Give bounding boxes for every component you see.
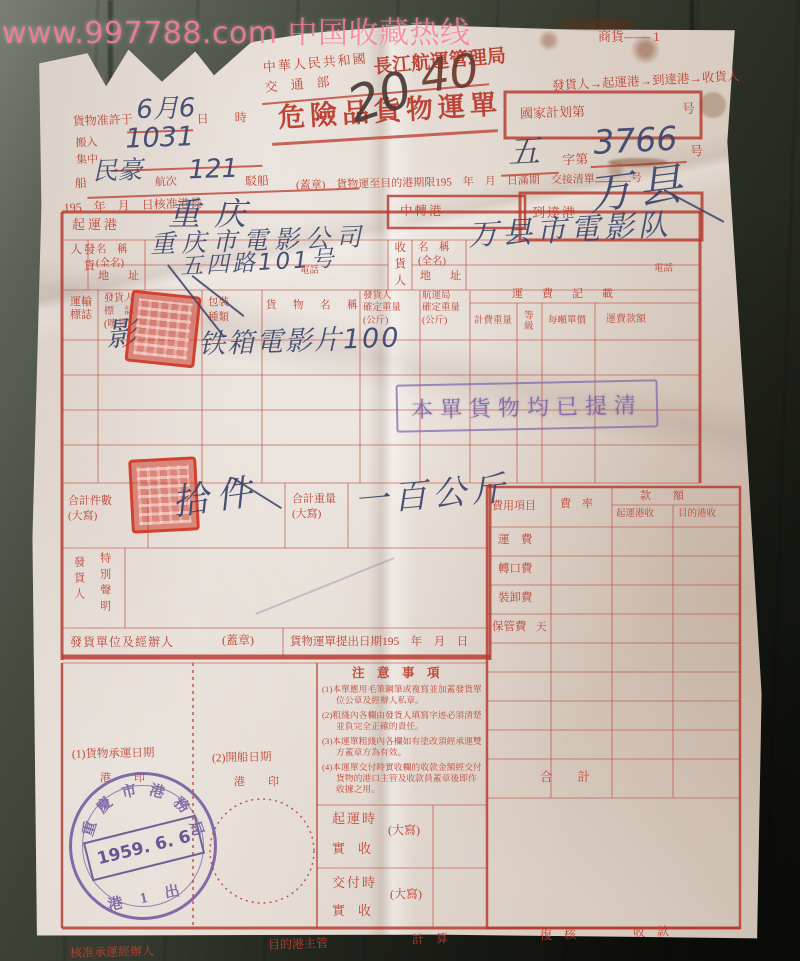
serial-hao: 号	[690, 144, 704, 160]
transfer-port-label: 中轉港	[400, 204, 444, 218]
label-ship: 船	[75, 177, 87, 191]
declaration-role: 發貨人	[72, 556, 85, 618]
fee-storage-days: 天	[536, 622, 547, 634]
fee-origin-col: 起運港收	[616, 509, 654, 520]
consignee-name-label: 名 稱 (全名)	[418, 241, 450, 269]
label-voyage: 航次	[155, 176, 177, 189]
fee-amount-header: 款 額	[640, 490, 684, 503]
port-date-round-stamp: 重慶市港務局 1959. 6. 6 港 1 出	[69, 772, 217, 920]
permit-day: 日	[197, 113, 209, 127]
depart-received-label: 實 收	[332, 842, 371, 857]
photo-of-waybill: 商貨—— 1 中華人民共和國 交 通 部 長江航運管理局 發貨人→起運港→到達港…	[0, 0, 800, 961]
serial-number: 3766	[593, 122, 679, 159]
port-seal-label-2: 港 印	[234, 776, 285, 789]
total-pieces-label: 合計件數 (大寫)	[68, 494, 112, 525]
consignee-phone-label: 電話	[654, 264, 673, 275]
origin-port-label: 起運港	[72, 218, 120, 233]
depart-time-label: 起運時	[332, 812, 377, 827]
consignee-role: 收貨人	[392, 241, 405, 291]
shipper-weight-header: 發貨人 確定重量 (公斤)	[363, 290, 401, 327]
consignee-addr-label: 地 址	[420, 270, 465, 283]
voyage-number: 121	[188, 156, 239, 184]
bureau-weight-header: 航運局 確定重量 (公斤)	[422, 290, 460, 327]
fee-row-storage: 保管費	[492, 621, 527, 634]
deliver-received-label: 實 收	[332, 904, 371, 919]
freight-record-header: 運 費 記 載	[512, 288, 617, 301]
serial-zidi: 字第	[562, 152, 589, 168]
sign-calculator: 計 算	[412, 932, 448, 947]
fee-row-freight: 運 費	[498, 534, 533, 547]
watermark-text: www.997788.com 中国收藏热线	[2, 8, 682, 52]
shipper-name-label: 名 稱 (全名)	[96, 243, 128, 271]
red-seal-stamp	[124, 290, 201, 369]
label-barge: 駁船	[245, 175, 269, 190]
fee-row-transfer: 轉口費	[498, 563, 533, 576]
plan-box-no: 号	[682, 102, 696, 117]
sign-dest-port-chief: 目的港主管	[268, 937, 328, 953]
depart-caps-label: (大寫)	[388, 824, 420, 838]
sailing-date-label: (2)開船日期	[212, 751, 272, 765]
clearance-stamp: 本單貨物均已提清	[396, 379, 659, 432]
sign-cashier: 收 款	[633, 925, 669, 940]
note-item: (1)本單應用毛筆鋼筆或複寫並加蓋發貨單位公章及經辦人私章。	[322, 684, 484, 707]
fee-row-loading: 裝卸費	[498, 592, 533, 605]
permit-prefix: 貨物准許于	[73, 113, 133, 129]
goods-name-header: 貨 物 名 稱	[266, 300, 361, 312]
shipper-addr-label: 地 址	[98, 270, 143, 283]
issue-seal-label: (蓋章)	[222, 634, 254, 648]
transport-mark-header: 運輸 標誌	[66, 296, 96, 321]
label-banru: 搬入	[75, 137, 97, 150]
plan-box-label: 國家計划第	[520, 105, 585, 122]
total-weight-label: 合計重量 (大寫)	[292, 492, 336, 523]
freight-amount-header: 運費款額	[606, 314, 646, 326]
paper-stain	[700, 92, 726, 118]
note-item: (3)本運單粗綫內各欄如有塗改須經承運雙方蓋章方為有效。	[322, 736, 484, 759]
sign-reviewer: 復 核	[540, 928, 576, 943]
issue-date-label: 貨物運單提出日期195 年 月 日	[290, 636, 468, 649]
notes-list: (1)本單應用毛筆鋼筆或複寫並加蓋發貨單位公章及經辦人私章。 (2)粗綫內各欄由…	[322, 684, 484, 796]
origin-port-value: 重庆	[168, 198, 260, 230]
notes-title: 注 意 事 項	[352, 666, 440, 680]
declaration-label: 特別聲明	[98, 552, 111, 626]
shipper-role: 發貨人	[68, 243, 94, 289]
fee-total-label: 合 計	[540, 770, 590, 784]
sign-approver: 核准承運經辦人	[70, 945, 154, 961]
unit-price-header: 每噸單價	[548, 316, 586, 327]
fee-rate-header: 費 率	[560, 498, 593, 511]
issue-unit-label: 發貨單位及經辦人	[70, 636, 174, 650]
fee-dest-col: 目的港收	[678, 509, 716, 520]
ship-name: 民豪	[92, 157, 143, 184]
staging-number: 1031	[125, 123, 195, 152]
note-item: (2)粗綫內各欄由發貨人填寫字迹必須清楚並負完全正確的責任。	[322, 710, 484, 733]
carriage-date-label: (1)貨物承運日期	[72, 747, 155, 762]
paper-stain	[608, 158, 668, 167]
deliver-time-label: 交付時	[332, 876, 377, 891]
charge-weight-header: 計費重量	[474, 316, 512, 327]
note-item: (4)本運單交付時實收欄的收款金額經交付貨物的港口主管及收款員蓋章後即作收據之用…	[322, 762, 484, 796]
deliver-caps-label: (大寫)	[390, 888, 422, 902]
serial-prefix-hand: 五	[507, 135, 541, 169]
goods-entry-value: 铁箱電影片100	[198, 324, 401, 358]
fee-item-header: 費用項目	[492, 500, 536, 513]
shipper-phone-label: 電話	[300, 266, 319, 277]
permit-date-value: 6月6	[136, 95, 196, 123]
grade-header: 等級	[521, 310, 532, 340]
permit-hour: 時	[234, 111, 246, 125]
